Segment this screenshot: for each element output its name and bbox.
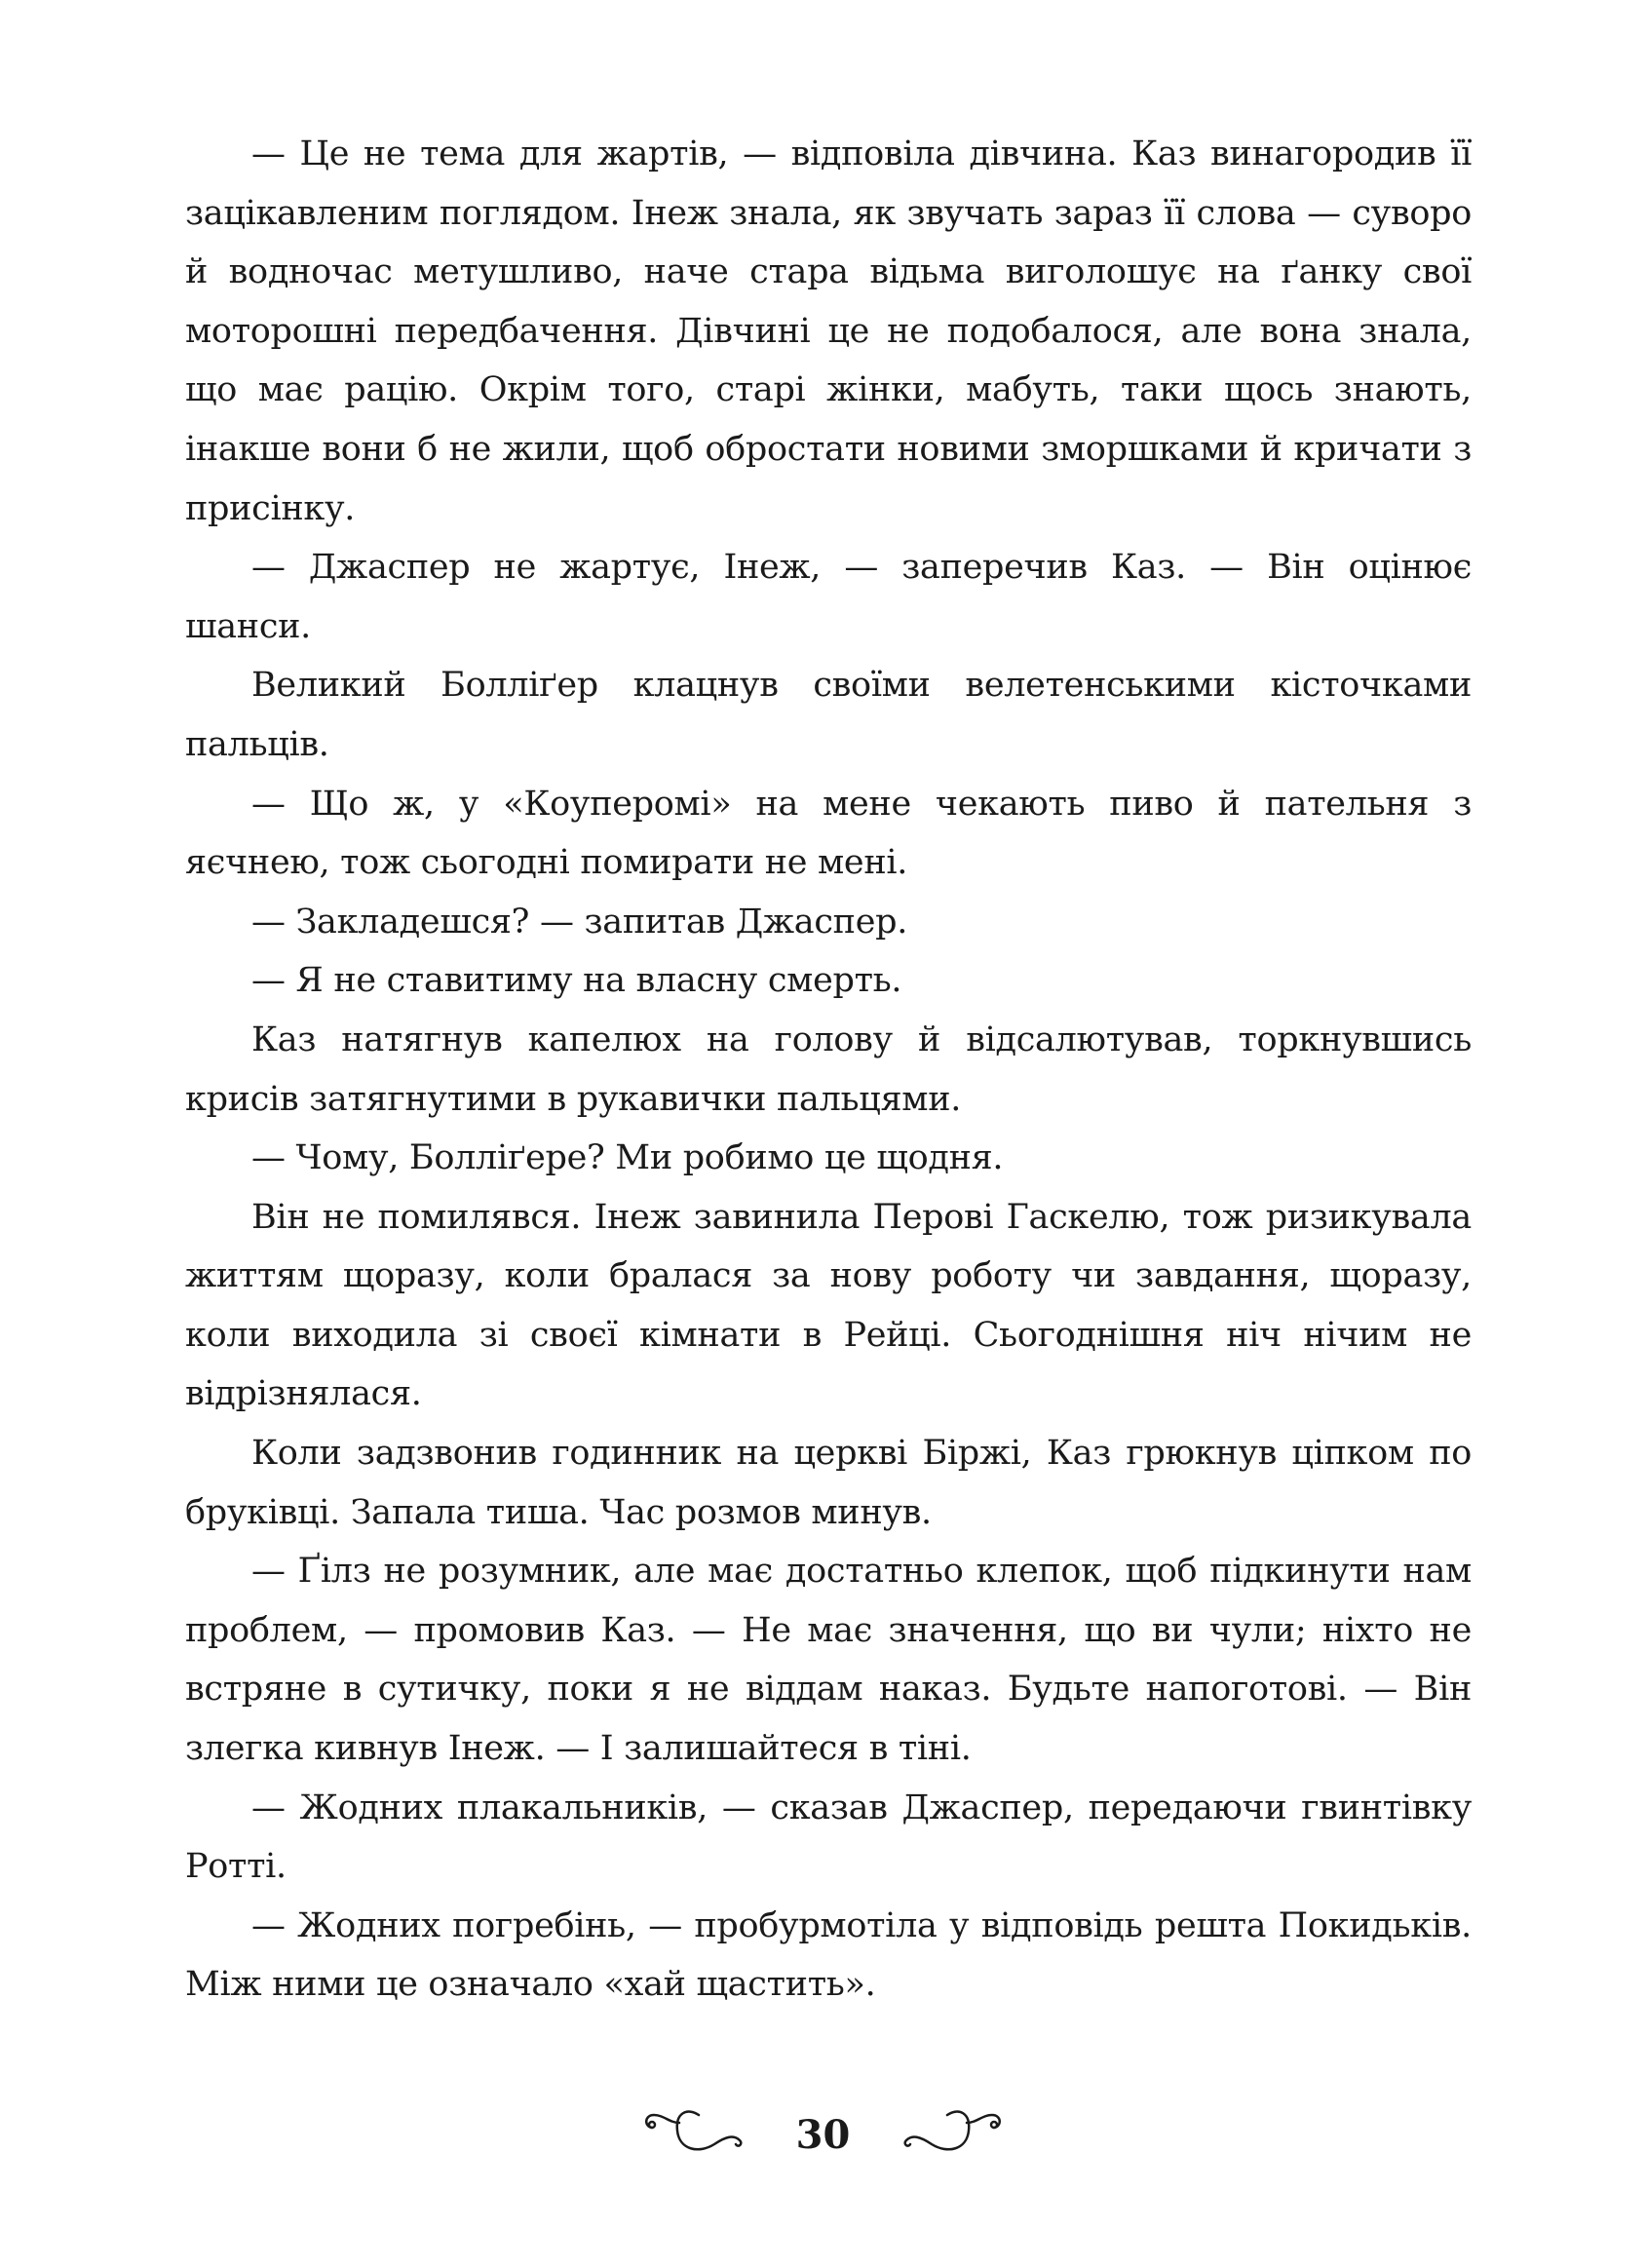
page-body: — Це не тема для жартів, — відповіла дів… [185,125,1472,2015]
page-footer: 30 [0,2095,1646,2173]
paragraph: — Джаспер не жартує, Інеж, — заперечив К… [185,538,1472,656]
paragraph: Коли задзвонив годинник на церкві Біржі,… [185,1424,1472,1542]
paragraph: Він не помилявся. Інеж завинила Перові Г… [185,1188,1472,1424]
paragraph: — Жодних погребінь, — пробурмотіла у від… [185,1897,1472,2015]
paragraph: Каз натягнув капелюх на голову й відсалю… [185,1011,1472,1129]
paragraph: — Жодних плакальників, — сказав Джаспер,… [185,1779,1472,1897]
paragraph: — Чому, Болліґере? Ми робимо це щодня. [185,1129,1472,1188]
flourish-left-icon [640,2105,757,2164]
paragraph: — Що ж, у «Коуперомі» на мене чекають пи… [185,775,1472,893]
paragraph: — Закладешся? — запитав Джаспер. [185,893,1472,952]
page-number: 30 [796,2112,851,2158]
paragraph: Великий Болліґер клацнув своїми велетенс… [185,656,1472,774]
paragraph: — Я не ставитиму на власну смерть. [185,951,1472,1011]
paragraph: — Ґілз не розумник, але має достатньо кл… [185,1542,1472,1778]
flourish-right-icon [889,2105,1006,2164]
paragraph: — Це не тема для жартів, — відповіла дів… [185,125,1472,538]
